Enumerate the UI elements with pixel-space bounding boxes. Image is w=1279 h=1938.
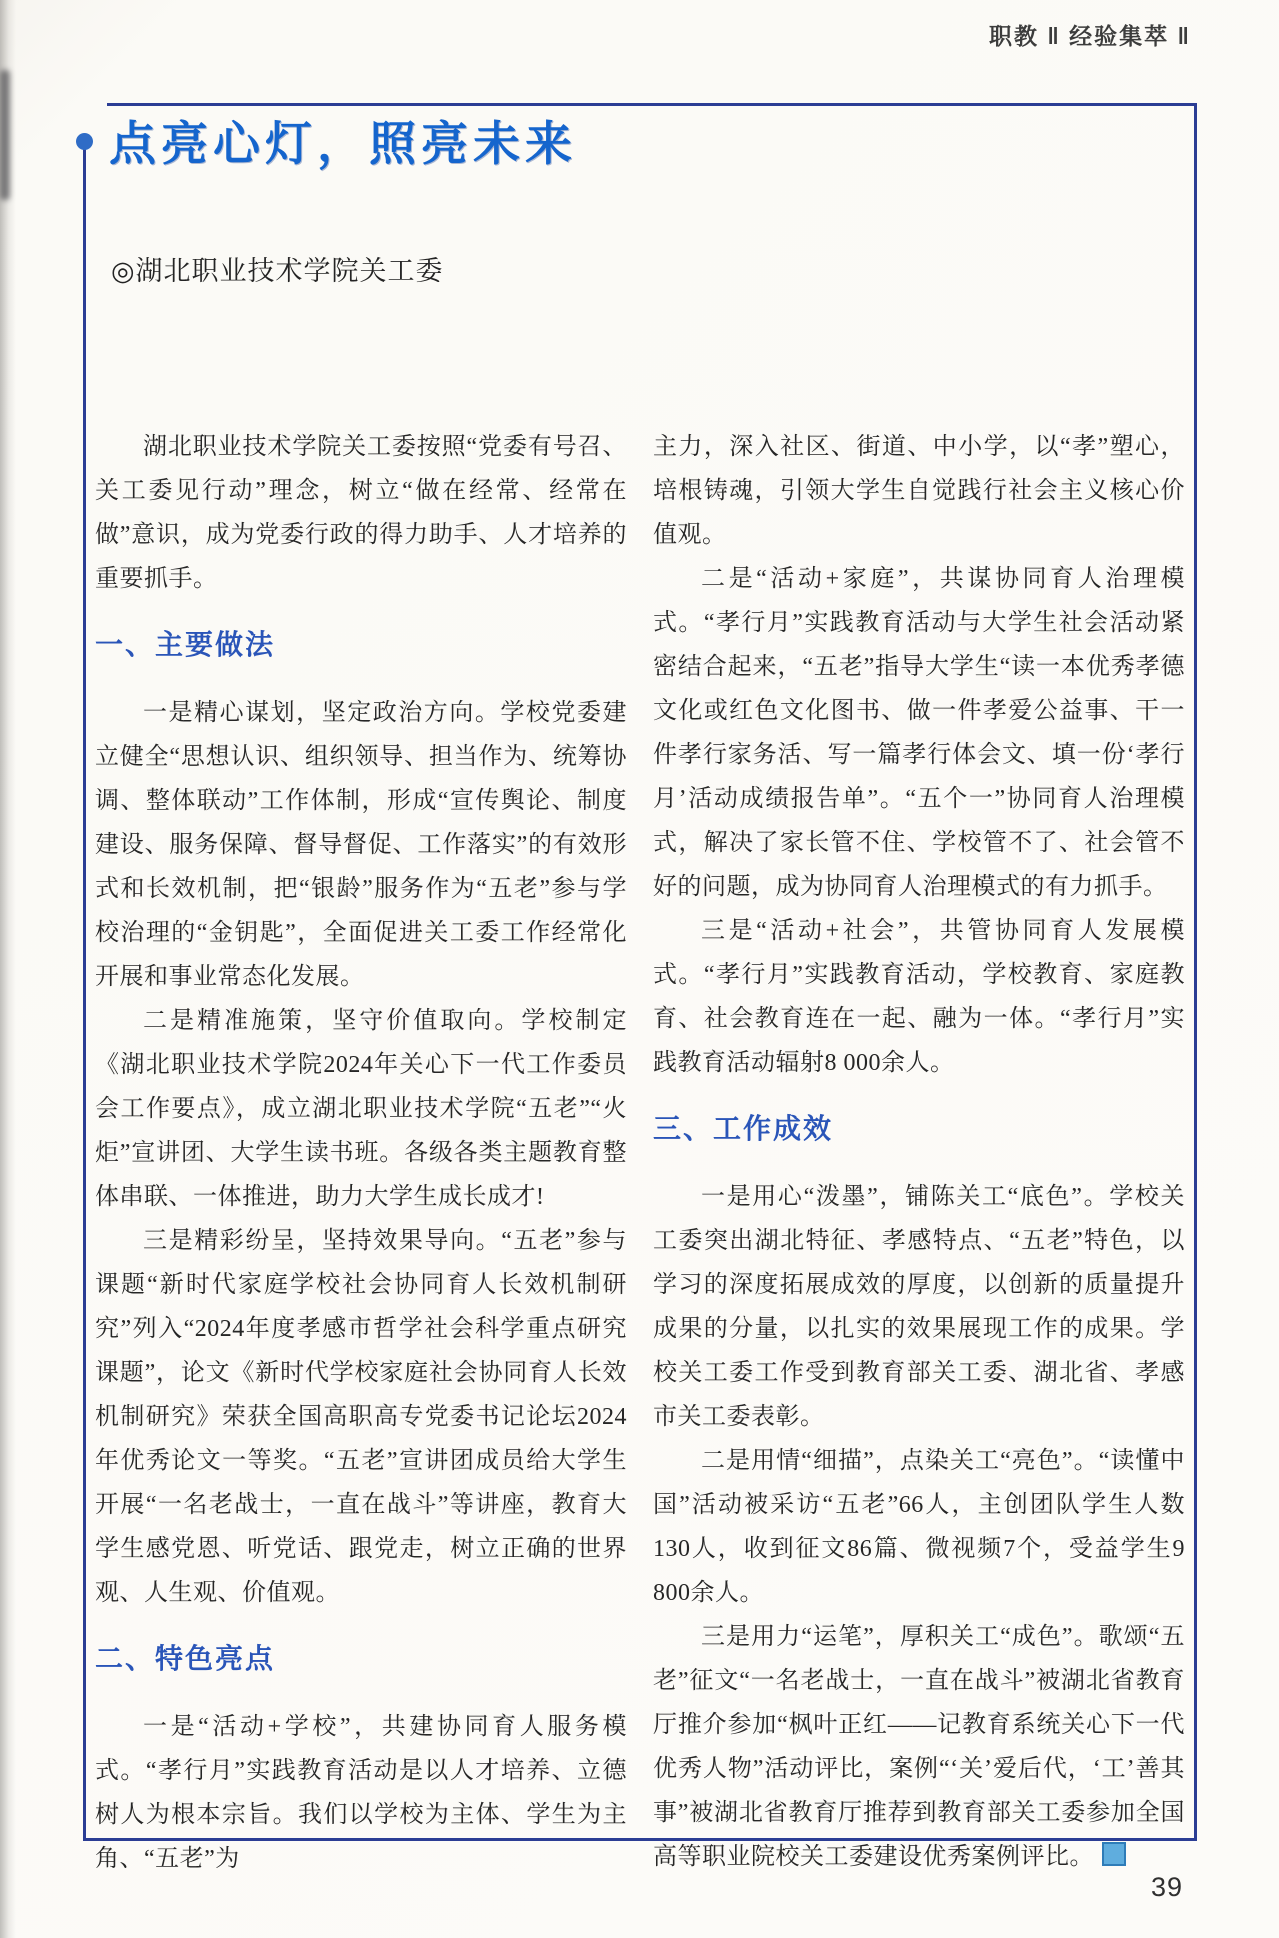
scan-edge-shadow <box>0 0 16 1938</box>
frame-right-border <box>1194 103 1197 1841</box>
paragraph: 三是用力“运笔”，厚积关工“成色”。歌颂“五老”征文“一名老战士，一直在战斗”被… <box>653 1615 1185 1879</box>
paragraph: 三是“活动+社会”，共管协同育人发展模式。“孝行月”实践教育活动，学校教育、家庭… <box>653 909 1185 1085</box>
section-heading: 三、工作成效 <box>653 1107 1185 1151</box>
article-title: 点亮心灯，照亮未来 <box>109 107 577 174</box>
paragraph: 一是用心“泼墨”，铺陈关工“底色”。学校关工委突出湖北特征、孝感特点、“五老”特… <box>653 1175 1185 1439</box>
paragraph: 湖北职业技术学院关工委按照“党委有号召、关工委见行动”理念，树立“做在经常、经常… <box>95 425 627 601</box>
article-author: ◎湖北职业技术学院关工委 <box>111 249 444 288</box>
content-frame: 点亮心灯，照亮未来 ◎湖北职业技术学院关工委 湖北职业技术学院关工委按照“党委有… <box>83 103 1197 1841</box>
paragraph: 三是精彩纷呈，坚持效果导向。“五老”参与课题“新时代家庭学校社会协同育人长效机制… <box>95 1219 627 1615</box>
paragraph: 一是“活动+学校”，共建协同育人服务模式。“孝行月”实践教育活动是以人才培养、立… <box>95 1705 627 1881</box>
paragraph: 一是精心谋划，坚定政治方向。学校党委建立健全“思想认识、组织领导、担当作为、统筹… <box>95 691 627 999</box>
column-right: 主力，深入社区、街道、中小学，以“孝”塑心，培根铸魂，引领大学生自觉践行社会主义… <box>653 425 1185 1881</box>
paragraph: 二是精准施策，坚守价值取向。学校制定《湖北职业技术学院2024年关心下一代工作委… <box>95 999 627 1219</box>
scan-smudge <box>0 70 10 200</box>
article-end-mark-icon <box>1102 1842 1126 1866</box>
magazine-page: 职教 ‖ 经验集萃 ‖ 点亮心灯，照亮未来 ◎湖北职业技术学院关工委 湖北职业技… <box>0 0 1279 1938</box>
section-heading: 一、主要做法 <box>95 623 627 667</box>
frame-left-border <box>83 147 86 1841</box>
paragraph: 二是用情“细描”，点染关工“亮色”。“读懂中国”活动被采访“五老”66人，主创团… <box>653 1439 1185 1615</box>
paragraph: 主力，深入社区、街道、中小学，以“孝”塑心，培根铸魂，引领大学生自觉践行社会主义… <box>653 425 1185 557</box>
page-number: 39 <box>1151 1872 1183 1903</box>
section-heading: 二、特色亮点 <box>95 1637 627 1681</box>
title-accent-dot-icon <box>76 133 93 150</box>
frame-top-border <box>107 103 1197 106</box>
article-body: 湖北职业技术学院关工委按照“党委有号召、关工委见行动”理念，树立“做在经常、经常… <box>95 425 1185 1881</box>
paragraph: 二是“活动+家庭”，共谋协同育人治理模式。“孝行月”实践教育活动与大学生社会活动… <box>653 557 1185 909</box>
column-left: 湖北职业技术学院关工委按照“党委有号召、关工委见行动”理念，树立“做在经常、经常… <box>95 425 627 1881</box>
page-header: 职教 ‖ 经验集萃 ‖ <box>989 18 1191 51</box>
